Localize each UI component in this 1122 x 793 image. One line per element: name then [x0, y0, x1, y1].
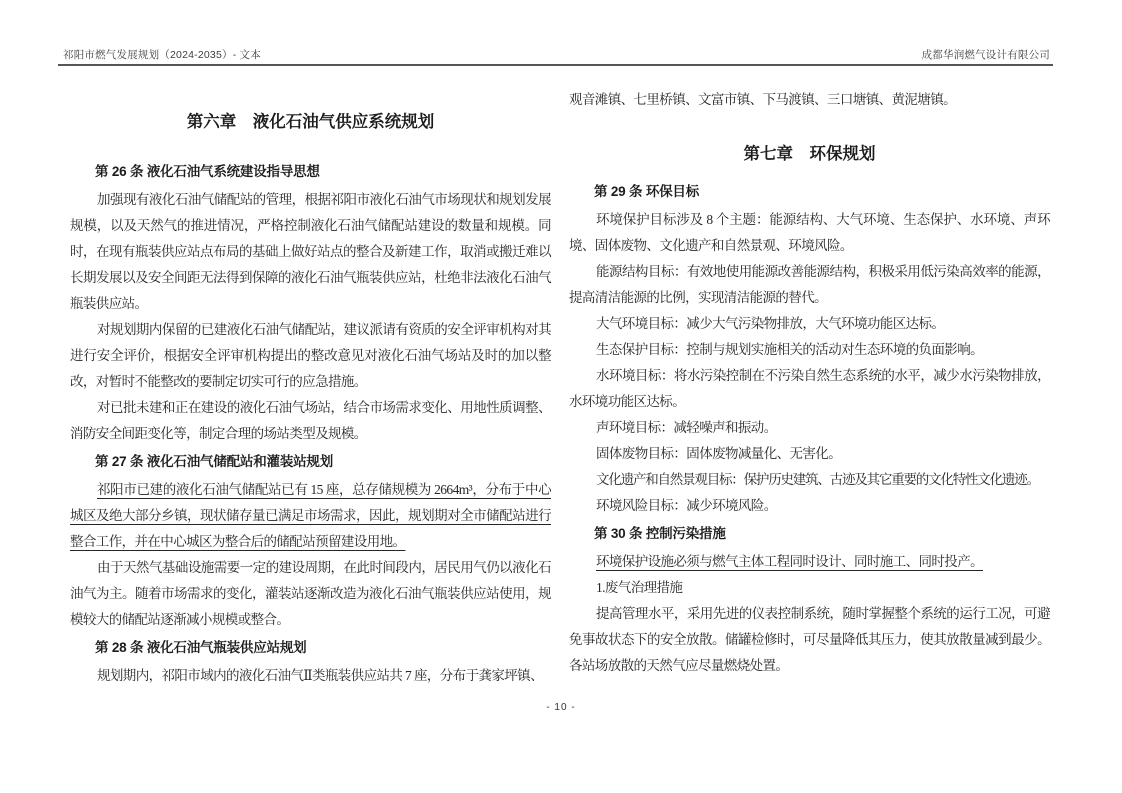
section-29-paragraph-5: 水环境目标：将水污染控制在不污染自然生态系统的水平，减少水污染物排放，水环境功能… [569, 363, 1050, 415]
section-29-paragraph-7: 固体废物目标：固体废物减量化、无害化。 [569, 441, 1050, 467]
section-30-paragraph-3: 提高管理水平，采用先进的仪表控制系统，随时掌握整个系统的运行工况，可避免事故状态… [569, 601, 1050, 679]
section-29-paragraph-1: 环境保护目标涉及 8 个主题：能源结构、大气环境、生态保护、水环境、声环境、固体… [569, 207, 1050, 259]
right-column: 观音滩镇、七里桥镇、文富市镇、下马渡镇、三口塘镇、黄泥塘镇。 第七章 环保规划 … [569, 83, 1050, 679]
section-30-heading: 第 30 条 控制污染措施 [569, 521, 1050, 547]
header-left-text: 祁阳市燃气发展规划（2024-2035）- 文本 [63, 47, 261, 62]
section-27-paragraph-underlined: 祁阳市已建的液化石油气储配站已有 15 座，总存储规模为 2664m³，分布于中… [70, 477, 551, 555]
chapter-7-title: 第七章 环保规划 [569, 139, 1050, 169]
section-26-paragraph-1: 加强现有液化石油气储配站的管理，根据祁阳市液化石油气市场现状和规划发展规模，以及… [70, 187, 551, 317]
section-29-paragraph-3: 大气环境目标：减少大气污染物排放，大气环境功能区达标。 [569, 311, 1050, 337]
section-29-paragraph-2: 能源结构目标：有效地使用能源改善能源结构，积极采用低污染高效率的能源，提高清洁能… [569, 259, 1050, 311]
section-27-paragraph-2: 由于天然气基础设施需要一定的建设周期，在此时间段内，居民用气仍以液化石油气为主。… [70, 555, 551, 633]
left-column: 第六章 液化石油气供应系统规划 第 26 条 液化石油气系统建设指导思想 加强现… [70, 83, 551, 689]
section-28-heading: 第 28 条 液化石油气瓶装供应站规划 [70, 635, 551, 661]
section-27-heading: 第 27 条 液化石油气储配站和灌装站规划 [70, 449, 551, 475]
chapter-6-title: 第六章 液化石油气供应系统规划 [70, 107, 551, 137]
document-page: 祁阳市燃气发展规划（2024-2035）- 文本 成都华润燃气设计有限公司 第六… [0, 0, 1122, 793]
section-29-paragraph-8: 文化遗产和自然景观目标：保护历史建筑、古迹及其它重要的文化特性文化遗迹。 [569, 467, 1050, 493]
section-29-paragraph-4: 生态保护目标：控制与规划实施相关的活动对生态环境的负面影响。 [569, 337, 1050, 363]
continuation-paragraph: 观音滩镇、七里桥镇、文富市镇、下马渡镇、三口塘镇、黄泥塘镇。 [569, 87, 1050, 113]
section-28-paragraph-1: 规划期内，祁阳市域内的液化石油气Ⅱ类瓶装供应站共 7 座，分布于龚家坪镇、 [70, 663, 551, 689]
section-29-paragraph-6: 声环境目标：减轻噪声和振动。 [569, 415, 1050, 441]
section-26-heading: 第 26 条 液化石油气系统建设指导思想 [70, 159, 551, 185]
page-number: - 10 - [0, 702, 1122, 713]
section-30-paragraph-2: 1.废气治理措施 [569, 575, 1050, 601]
section-26-paragraph-3: 对已批未建和正在建设的液化石油气场站，结合市场需求变化、用地性质调整、消防安全间… [70, 395, 551, 447]
section-26-paragraph-2: 对规划期内保留的已建液化石油气储配站，建议派请有资质的安全评审机构对其进行安全评… [70, 317, 551, 395]
header-right-text: 成都华润燃气设计有限公司 [922, 47, 1050, 62]
section-29-heading: 第 29 条 环保目标 [569, 179, 1050, 205]
section-30-paragraph-underlined: 环境保护设施必须与燃气主体工程同时设计、同时施工、同时投产。 [569, 549, 1050, 575]
section-29-paragraph-9: 环境风险目标：减少环境风险。 [569, 493, 1050, 519]
header-rule [58, 64, 1053, 66]
